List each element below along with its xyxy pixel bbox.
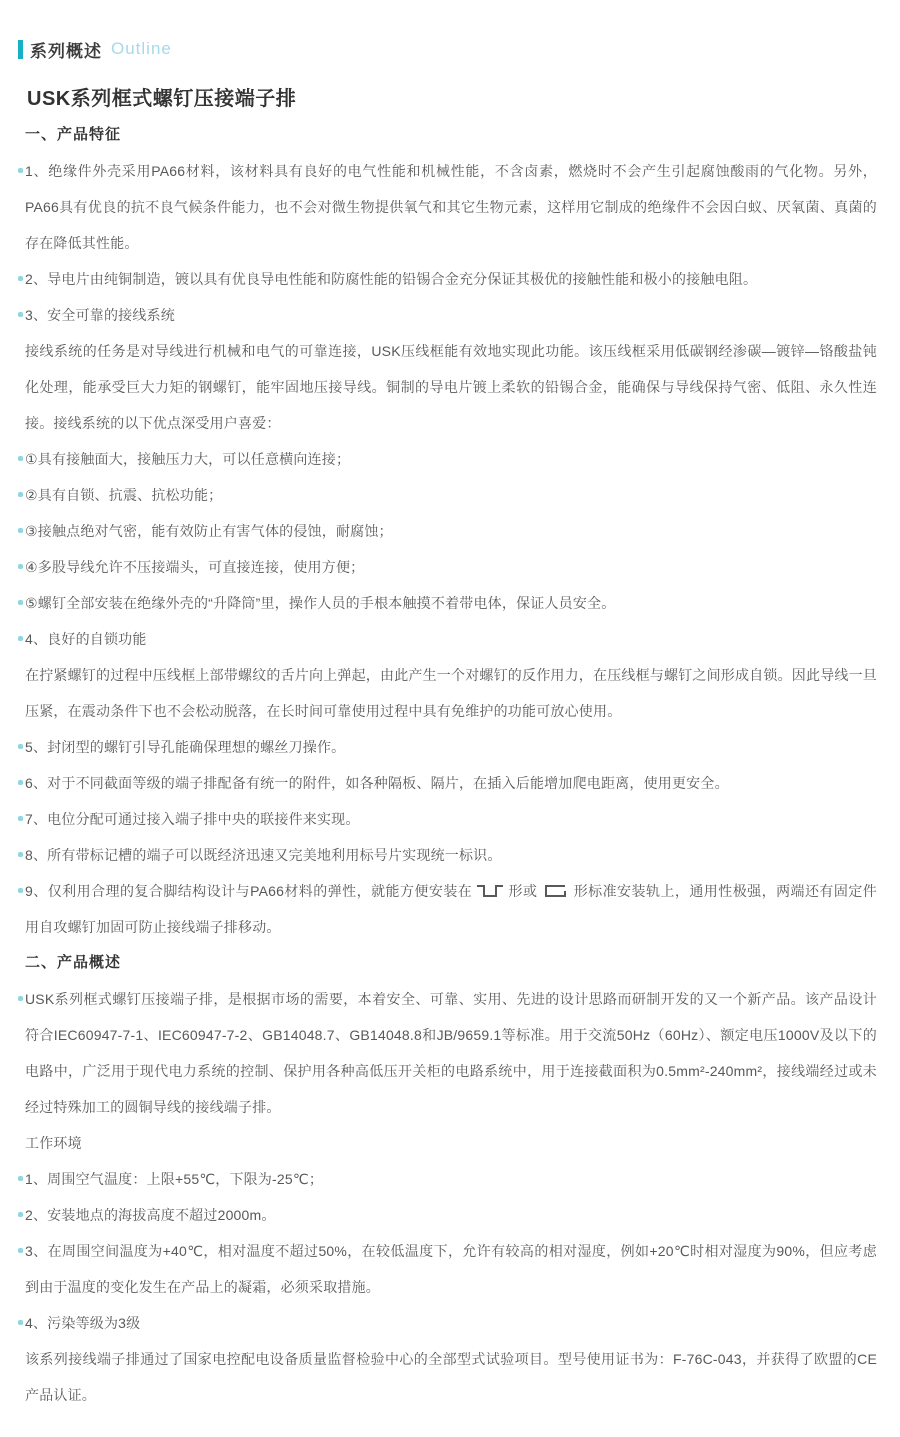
- bullet-dot-icon: [18, 996, 23, 1001]
- accent-bar-icon: [18, 40, 23, 59]
- bullet-dot-icon: [18, 852, 23, 857]
- text-run: USK系列框式螺钉压接端子排，是根据市场的需要，本着安全、可靠、实用、先进的设计…: [25, 991, 877, 1115]
- text-run: 1、绝缘件外壳采用PA66材料，该材料具有良好的电气性能和机械性能，不含卤素，燃…: [25, 163, 877, 251]
- bullet-dot-icon: [18, 1176, 23, 1181]
- bullet-dot-icon: [18, 744, 23, 749]
- bullet-item: ③接触点绝对气密，能有效防止有害气体的侵蚀，耐腐蚀；: [25, 513, 877, 549]
- page-title: USK系列框式螺钉压接端子排: [27, 87, 877, 111]
- text-run: 2、安装地点的海拔高度不超过2000m。: [25, 1207, 276, 1223]
- text-run: 二、产品概述: [25, 954, 121, 971]
- bullet-item: 5、封闭型的螺钉引导孔能确保理想的螺丝刀操作。: [25, 729, 877, 765]
- bullet-dot-icon: [18, 600, 23, 605]
- bullet-dot-icon: [18, 816, 23, 821]
- content-blocks: 一、产品特征1、绝缘件外壳采用PA66材料，该材料具有良好的电气性能和机械性能，…: [25, 117, 877, 1413]
- bullet-item: 1、周围空气温度：上限+55℃，下限为-25℃；: [25, 1161, 877, 1197]
- paragraph: 接线系统的任务是对导线进行机械和电气的可靠连接，USK压线框能有效地实现此功能。…: [25, 333, 877, 441]
- bullet-item: 4、污染等级为3级: [25, 1305, 877, 1341]
- bullet-dot-icon: [18, 168, 23, 173]
- bullet-item: 9、仅利用合理的复合脚结构设计与PA66材料的弹性，就能方便安装在形或形标准安装…: [25, 873, 877, 945]
- paragraph: 该系列接线端子排通过了国家电控配电设备质量监督检验中心的全部型式试验项目。型号使…: [25, 1341, 877, 1413]
- text-run: 6、对于不同截面等级的端子排配备有统一的附件，如各种隔板、隔片，在插入后能增加爬…: [25, 775, 729, 791]
- bullet-item: 2、导电片由纯铜制造，镀以具有优良导电性能和防腐性能的铅锡合金充分保证其极优的接…: [25, 261, 877, 297]
- text-run: 2、导电片由纯铜制造，镀以具有优良导电性能和防腐性能的铅锡合金充分保证其极优的接…: [25, 271, 757, 287]
- text-run: ⑤螺钉全部安装在绝缘外壳的“升降筒”里，操作人员的手根本触摸不着带电体，保证人员…: [25, 595, 615, 611]
- bullet-dot-icon: [18, 492, 23, 497]
- text-run: 工作环境: [25, 1135, 82, 1151]
- series-header-subtitle: Outline: [111, 39, 172, 59]
- text-run: 一、产品特征: [25, 126, 121, 143]
- text-run: ①具有接触面大，接触压力大，可以任意横向连接；: [25, 451, 350, 467]
- bullet-dot-icon: [18, 1212, 23, 1217]
- bullet-item: ④多股导线允许不压接端头，可直接连接，使用方便；: [25, 549, 877, 585]
- bullet-dot-icon: [18, 1248, 23, 1253]
- bullet-item: 7、电位分配可通过接入端子排中央的联接件来实现。: [25, 801, 877, 837]
- bullet-item: ①具有接触面大，接触压力大，可以任意横向连接；: [25, 441, 877, 477]
- text-run: 3、安全可靠的接线系统: [25, 307, 175, 323]
- text-run: 5、封闭型的螺钉引导孔能确保理想的螺丝刀操作。: [25, 739, 345, 755]
- paragraph: 工作环境: [25, 1125, 877, 1161]
- bullet-item: 6、对于不同截面等级的端子排配备有统一的附件，如各种隔板、隔片，在插入后能增加爬…: [25, 765, 877, 801]
- text-run: 在拧紧螺钉的过程中压线框上部带螺纹的舌片向上弹起，由此产生一个对螺钉的反作用力，…: [25, 667, 877, 719]
- bullet-dot-icon: [18, 312, 23, 317]
- text-run: 该系列接线端子排通过了国家电控配电设备质量监督检验中心的全部型式试验项目。型号使…: [25, 1351, 877, 1403]
- bullet-item: ⑤螺钉全部安装在绝缘外壳的“升降筒”里，操作人员的手根本触摸不着带电体，保证人员…: [25, 585, 877, 621]
- bullet-item: 1、绝缘件外壳采用PA66材料，该材料具有良好的电气性能和机械性能，不含卤素，燃…: [25, 153, 877, 261]
- text-run: 9、仅利用合理的复合脚结构设计与PA66材料的弹性，就能方便安装在: [25, 883, 472, 899]
- din-rail-hat-icon: [476, 883, 504, 899]
- bullet-item: 3、安全可靠的接线系统: [25, 297, 877, 333]
- bullet-dot-icon: [18, 456, 23, 461]
- series-header: 系列概述 Outline: [18, 38, 877, 60]
- paragraph: 在拧紧螺钉的过程中压线框上部带螺纹的舌片向上弹起，由此产生一个对螺钉的反作用力，…: [25, 657, 877, 729]
- text-run: 形或: [508, 883, 537, 899]
- series-header-title: 系列概述: [30, 37, 102, 62]
- text-run: 4、污染等级为3级: [25, 1315, 140, 1331]
- text-run: ④多股导线允许不压接端头，可直接连接，使用方便；: [25, 559, 364, 575]
- bullet-item: 2、安装地点的海拔高度不超过2000m。: [25, 1197, 877, 1233]
- bullet-item: 4、良好的自锁功能: [25, 621, 877, 657]
- bullet-item: 8、所有带标记槽的端子可以既经济迅速又完美地利用标号片实现统一标识。: [25, 837, 877, 873]
- bullet-dot-icon: [18, 276, 23, 281]
- text-run: 7、电位分配可通过接入端子排中央的联接件来实现。: [25, 811, 360, 827]
- bullet-dot-icon: [18, 528, 23, 533]
- bullet-dot-icon: [18, 888, 23, 893]
- bullet-item: ②具有自锁、抗震、抗松功能；: [25, 477, 877, 513]
- bullet-item: 3、在周围空间温度为+40℃，相对温度不超过50%，在较低温度下，允许有较高的相…: [25, 1233, 877, 1305]
- din-rail-c-icon: [541, 883, 569, 899]
- section-heading: 二、产品概述: [25, 945, 877, 981]
- text-run: ③接触点绝对气密，能有效防止有害气体的侵蚀，耐腐蚀；: [25, 523, 393, 539]
- bullet-dot-icon: [18, 780, 23, 785]
- text-run: 1、周围空气温度：上限+55℃，下限为-25℃；: [25, 1171, 323, 1187]
- bullet-item: USK系列框式螺钉压接端子排，是根据市场的需要，本着安全、可靠、实用、先进的设计…: [25, 981, 877, 1125]
- text-run: 4、良好的自锁功能: [25, 631, 147, 647]
- text-run: 8、所有带标记槽的端子可以既经济迅速又完美地利用标号片实现统一标识。: [25, 847, 502, 863]
- text-run: 接线系统的任务是对导线进行机械和电气的可靠连接，USK压线框能有效地实现此功能。…: [25, 343, 877, 431]
- bullet-dot-icon: [18, 636, 23, 641]
- bullet-dot-icon: [18, 1320, 23, 1325]
- text-run: 3、在周围空间温度为+40℃，相对温度不超过50%，在较低温度下，允许有较高的相…: [25, 1243, 877, 1295]
- section-heading: 一、产品特征: [25, 117, 877, 153]
- text-run: ②具有自锁、抗震、抗松功能；: [25, 487, 222, 503]
- document-page: 系列概述 Outline USK系列框式螺钉压接端子排 一、产品特征1、绝缘件外…: [0, 0, 900, 1413]
- bullet-dot-icon: [18, 564, 23, 569]
